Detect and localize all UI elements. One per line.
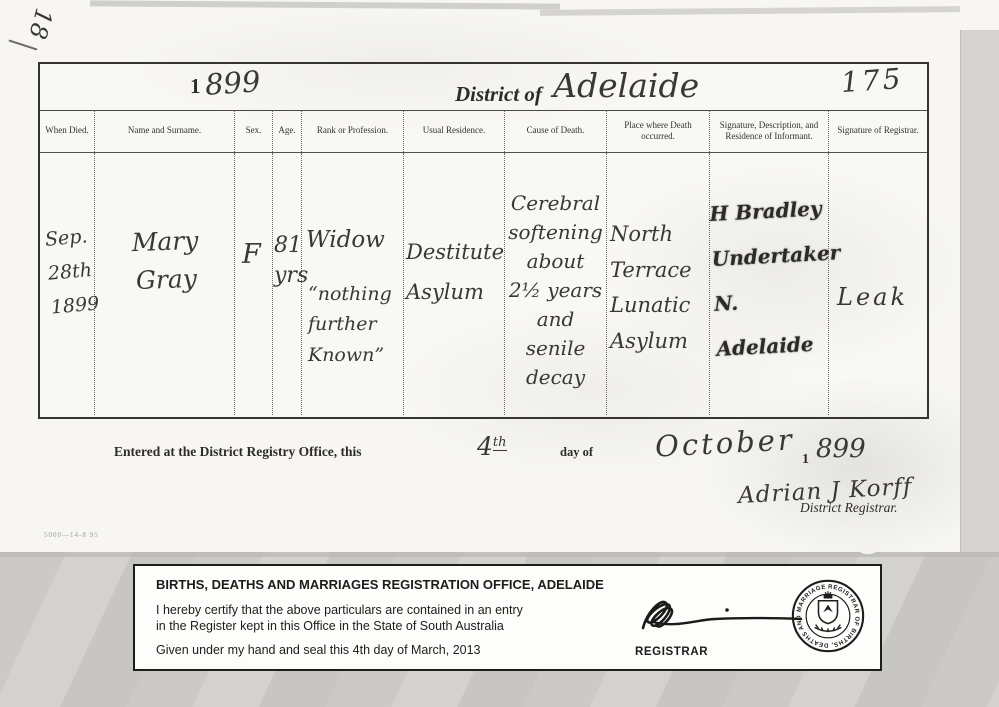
entered-at-line: Entered at the District Registry Office,… xyxy=(0,434,999,478)
col-header-when-died: When Died. xyxy=(40,110,95,152)
certification-given-line: Given under my hand and seal this 4th da… xyxy=(156,643,481,657)
rank-note-value: “nothing further Known” xyxy=(302,279,403,370)
entered-month: October xyxy=(654,422,795,463)
cell-name: Mary Gray xyxy=(95,153,235,415)
col-header-age: Age. xyxy=(273,110,302,152)
scan-streak xyxy=(0,552,999,557)
entered-day-suffix: th xyxy=(493,435,507,451)
residence-value: Destitute Asylum xyxy=(404,153,504,313)
official-seal-icon: REGISTRAR OF BIRTHS, DEATHS AND MARRIAGE… xyxy=(790,578,866,654)
certification-title: BIRTHS, DEATHS AND MARRIAGES REGISTRATIO… xyxy=(156,577,604,592)
when-died-value: Sep. 28th 1899 xyxy=(33,151,102,326)
registrar-signature-1899: Leak xyxy=(829,153,927,311)
scan-streak xyxy=(90,0,560,9)
cause-of-death-value: Cerebral softening about 2½ years and se… xyxy=(505,153,606,392)
age-value: 81 yrs xyxy=(273,153,301,290)
cell-informant: H Bradley Undertaker N. Adelaide xyxy=(710,153,829,415)
cell-rank: Widow “nothing further Known” xyxy=(302,153,404,415)
cell-cause-of-death: Cerebral softening about 2½ years and se… xyxy=(505,153,607,415)
scan-streak xyxy=(540,6,960,16)
register-year-handwritten: 899 xyxy=(204,64,262,102)
cell-place-of-death: North Terrace Lunatic Asylum xyxy=(607,153,710,415)
entered-year: 1 899 xyxy=(802,434,866,464)
col-header-name: Name and Surname. xyxy=(95,110,235,152)
rank-value: Widow xyxy=(302,153,403,253)
col-header-residence: Usual Residence. xyxy=(404,110,505,152)
name-value: Mary Gray xyxy=(93,151,237,301)
col-header-registrar: Signature of Registrar. xyxy=(829,110,927,152)
cell-residence: Destitute Asylum xyxy=(404,153,505,415)
death-register-form: 1 899 District of Adelaide 175 When Died… xyxy=(38,62,929,419)
sex-value: F xyxy=(235,153,272,270)
entry-number: 175 xyxy=(839,62,904,99)
district-name-handwritten: Adelaide xyxy=(553,66,699,105)
col-header-sex: Sex. xyxy=(235,110,273,152)
register-table-header: When Died. Name and Surname. Sex. Age. R… xyxy=(40,110,927,153)
entered-year-handwritten: 899 xyxy=(816,434,866,464)
certification-line-1: I hereby certify that the above particul… xyxy=(156,603,523,617)
certification-box: BIRTHS, DEATHS AND MARRIAGES REGISTRATIO… xyxy=(133,564,882,671)
scanned-certificate-page: 18 1 899 District of Adelaide 175 When D… xyxy=(0,0,999,707)
place-of-death-value: North Terrace Lunatic Asylum xyxy=(607,153,709,360)
cell-sex: F xyxy=(235,153,273,415)
cell-registrar-signature: Leak xyxy=(829,153,927,415)
col-header-rank: Rank or Profession. xyxy=(302,110,404,152)
entered-day-number: 4 xyxy=(477,432,493,461)
register-entry-row: Sep. 28th 1899 Mary Gray F 81 yrs Widow … xyxy=(40,153,927,415)
col-header-cause: Cause of Death. xyxy=(505,110,607,152)
corner-annotation: 18 xyxy=(0,0,58,57)
entered-day: 4th xyxy=(477,432,507,461)
cell-age: 81 yrs xyxy=(273,153,302,415)
district-label: District of xyxy=(455,82,542,106)
certification-line-2: in the Register kept in this Office in t… xyxy=(156,619,504,633)
registrar-label: REGISTRAR xyxy=(635,646,708,658)
district-heading: District of Adelaide xyxy=(455,70,699,109)
scan-blob xyxy=(855,536,881,554)
informant-signature: H Bradley Undertaker N. Adelaide xyxy=(704,150,833,372)
entered-prefix: Entered at the District Registry Office,… xyxy=(114,444,362,460)
entered-year-printed: 1 xyxy=(802,452,809,467)
col-header-place: Place where Death occurred. xyxy=(607,110,710,152)
register-table: When Died. Name and Surname. Sex. Age. R… xyxy=(40,110,927,415)
cell-when-died: Sep. 28th 1899 xyxy=(40,153,95,415)
col-header-informant: Signature, Description, and Residence of… xyxy=(710,110,829,152)
form-title-row: 1 899 District of Adelaide 175 xyxy=(40,64,927,111)
entered-day-of-label: day of xyxy=(560,445,593,460)
form-print-code: 5000—14-8 95 xyxy=(44,531,99,539)
register-year-printed: 1 xyxy=(190,74,201,99)
registrar-signature-scrawl xyxy=(635,592,810,638)
district-registrar-signature-block: Adrian J Korff District Registrar. xyxy=(738,477,968,516)
